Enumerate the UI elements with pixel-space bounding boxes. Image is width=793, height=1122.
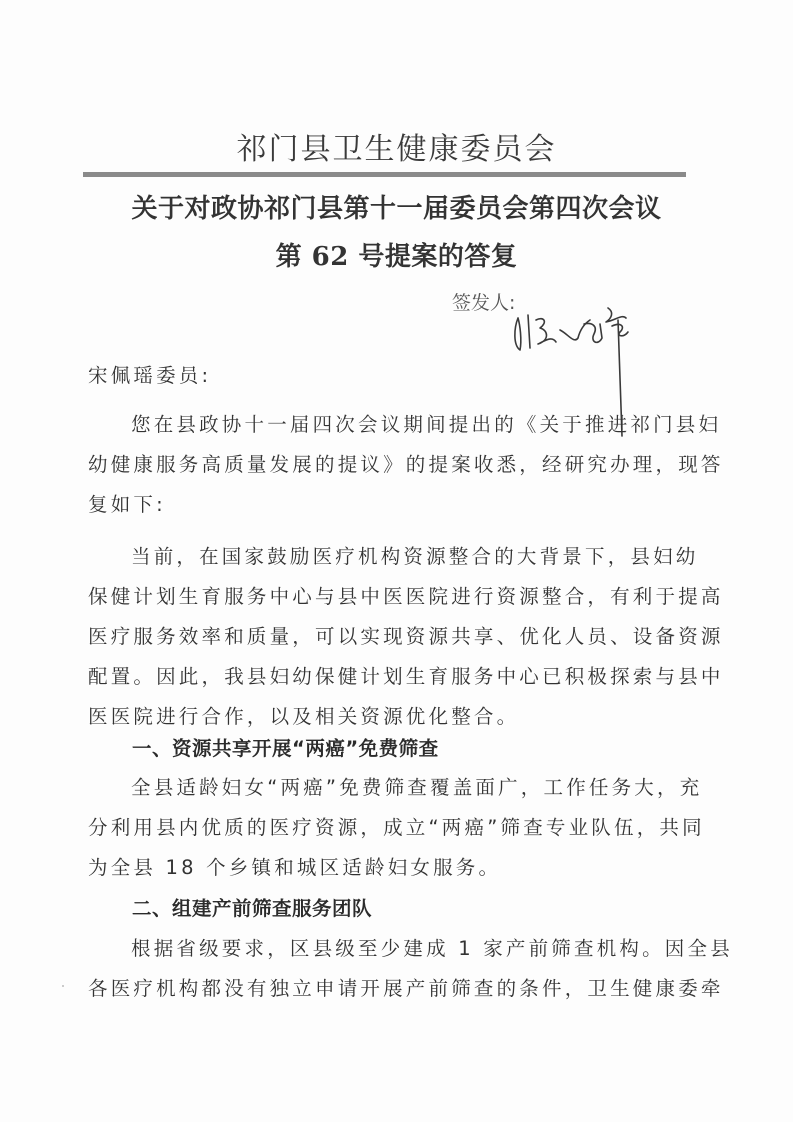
body-line: 您在县政协十一届四次会议期间提出的《关于推进祁门县妇 [88, 409, 751, 437]
body-line: 当前，在国家鼓励医疗机构资源整合的大背景下，县妇幼 [88, 541, 751, 569]
section-1-line: 为全县 18 个乡镇和城区适龄妇女服务。 [88, 852, 708, 880]
document-title-line-1: 关于对政协祁门县第十一届委员会第四次会议 [0, 188, 793, 225]
signer-label: 签发人: [452, 288, 515, 315]
body-line: 医疗服务效率和质量，可以实现资源共享、优化人员、设备资源 [88, 621, 708, 649]
body-line: 保健计划生育服务中心与县中医医院进行资源整合，有利于提高 [88, 581, 708, 609]
document-page: 祁门县卫生健康委员会 关于对政协祁门县第十一届委员会第四次会议 第 62 号提案… [0, 0, 793, 1122]
section-1-heading: 一、资源共享开展“两癌”免费筛查 [132, 733, 439, 761]
document-title-line-2: 第 62 号提案的答复 [0, 236, 793, 273]
salutation: 宋佩瑶委员: [88, 360, 708, 388]
body-line: 医医院进行合作，以及相关资源优化整合。 [88, 701, 708, 729]
section-1-line: 分利用县内优质的医疗资源，成立“两癌”筛查专业队伍，共同 [88, 812, 708, 840]
org-header: 祁门县卫生健康委员会 [0, 124, 793, 168]
body-line: 幼健康服务高质量发展的提议》的提案收悉，经研究办理，现答 [88, 449, 708, 477]
section-2-line: 根据省级要求，区县级至少建成 1 家产前筛查机构。因全县 [88, 933, 751, 961]
section-2-line: 各医疗机构都没有独立申请开展产前筛查的条件，卫生健康委牵 [88, 973, 708, 1001]
section-1-line: 全县适龄妇女“两癌”免费筛查覆盖面广，工作任务大，充 [88, 772, 751, 800]
section-2-heading: 二、组建产前筛查服务团队 [132, 893, 372, 921]
scan-speck [62, 985, 64, 987]
body-line: 配置。因此，我县妇幼保健计划生育服务中心已积极探索与县中 [88, 661, 708, 689]
header-divider [83, 172, 686, 177]
body-line: 复如下: [88, 489, 708, 517]
